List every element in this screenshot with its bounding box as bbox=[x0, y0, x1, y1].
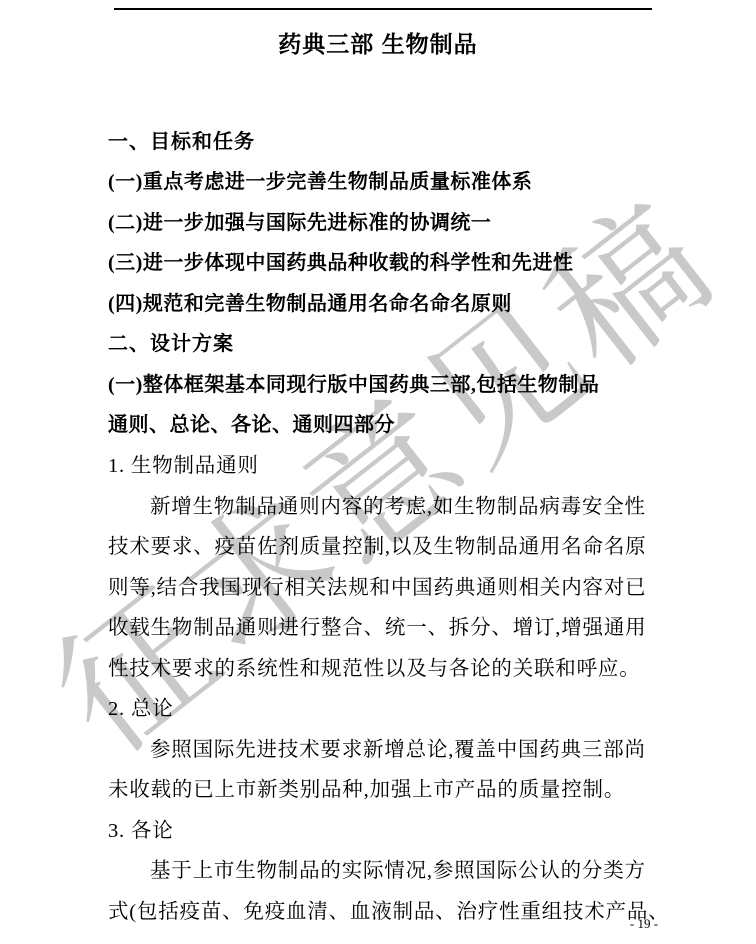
text-line: 通则、总论、各论、通则四部分 bbox=[108, 403, 656, 444]
text-line: 3. 各论 bbox=[108, 808, 656, 849]
text-line: (四)规范和完善生物制品通用名命名命名原则 bbox=[108, 281, 656, 322]
text-line: 性技术要求的系统性和规范性以及与各论的关联和呼应。 bbox=[108, 646, 656, 687]
text-line: 则等,结合我国现行相关法规和中国药典通则相关内容对已 bbox=[108, 565, 656, 606]
document-page: 征求意见稿 药典三部 生物制品 一、目标和任务(一)重点考虑进一步完善生物制品质… bbox=[0, 0, 756, 944]
text-line: (一)重点考虑进一步完善生物制品质量标准体系 bbox=[108, 160, 656, 201]
text-line: (二)进一步加强与国际先进标准的协调统一 bbox=[108, 200, 656, 241]
page-number: - 19 - bbox=[614, 916, 674, 932]
document-title: 药典三部 生物制品 bbox=[0, 26, 756, 59]
text-line: 基于上市生物制品的实际情况,参照国际公认的分类方 bbox=[108, 848, 656, 889]
text-line: 式(包括疫苗、免疫血清、血液制品、治疗性重组技术产品、 bbox=[108, 889, 656, 930]
text-line: 参照国际先进技术要求新增总论,覆盖中国药典三部尚 bbox=[108, 727, 656, 768]
document-body: 一、目标和任务(一)重点考虑进一步完善生物制品质量标准体系(二)进一步加强与国际… bbox=[108, 119, 656, 929]
text-line: 二、设计方案 bbox=[108, 322, 656, 363]
text-line: 收载生物制品通则进行整合、统一、拆分、增订,增强通用 bbox=[108, 605, 656, 646]
text-line: 未收载的已上市新类别品种,加强上市产品的质量控制。 bbox=[108, 767, 656, 808]
text-line: 一、目标和任务 bbox=[108, 119, 656, 160]
text-line: 2. 总论 bbox=[108, 686, 656, 727]
header-rule bbox=[114, 8, 652, 10]
text-line: 技术要求、疫苗佐剂质量控制,以及生物制品通用名命名原 bbox=[108, 524, 656, 565]
text-line: (一)整体框架基本同现行版中国药典三部,包括生物制品 bbox=[108, 362, 656, 403]
text-line: 新增生物制品通则内容的考虑,如生物制品病毒安全性 bbox=[108, 484, 656, 525]
text-line: (三)进一步体现中国药典品种收载的科学性和先进性 bbox=[108, 241, 656, 282]
text-line: 1. 生物制品通则 bbox=[108, 443, 656, 484]
